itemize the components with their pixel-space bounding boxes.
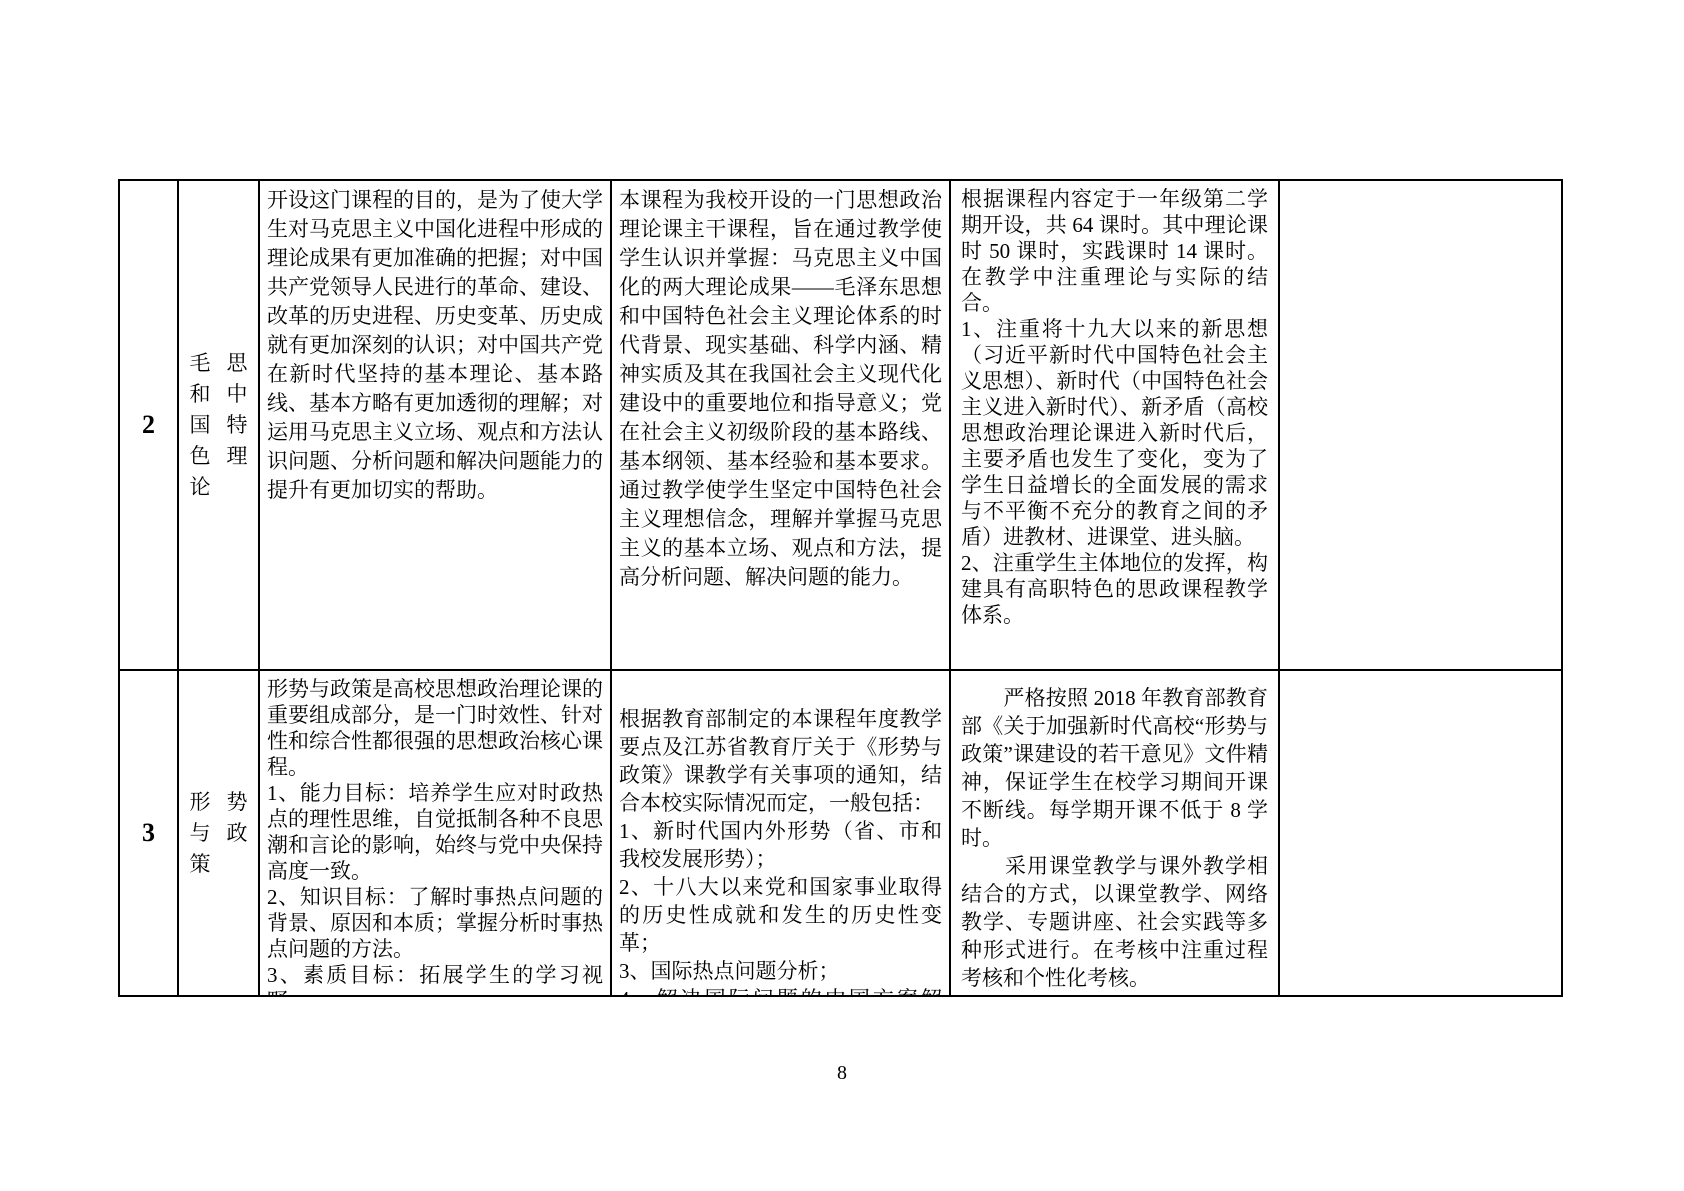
course-table: 2 毛思和中国特色理论 开设这门课程的目的，是为了使大学生对马克思主义中国化进程… bbox=[118, 179, 1563, 997]
remark-cell bbox=[1280, 671, 1561, 995]
remark-cell bbox=[1280, 181, 1561, 671]
teaching-arrangement-cell: 严格按照 2018 年教育部教育部《关于加强新时代高校“形势与政策”课建设的若干… bbox=[951, 671, 1280, 995]
row-number: 3 bbox=[142, 818, 155, 848]
row-number: 2 bbox=[142, 410, 155, 440]
course-purpose-cell: 开设这门课程的目的，是为了使大学生对马克思主义中国化进程中形成的理论成果有更加准… bbox=[260, 181, 612, 671]
course-name: 形势与政策 bbox=[190, 787, 248, 880]
row-number-cell: 2 bbox=[120, 181, 179, 671]
course-name-cell: 形势与政策 bbox=[179, 671, 260, 995]
course-purpose-cell: 形势与政策是高校思想政治理论课的重要组成部分，是一门时效性、针对性和综合性都很强… bbox=[260, 671, 612, 995]
course-name: 毛思和中国特色理论 bbox=[190, 348, 248, 503]
course-description-cell: 根据教育部制定的本课程年度教学要点及江苏省教育厅关于《形势与政策》课教学有关事项… bbox=[612, 671, 951, 995]
document-page: { "page_number": "8", "table": { "rows":… bbox=[0, 0, 1684, 1191]
row-number-cell: 3 bbox=[120, 671, 179, 995]
course-description-cell: 本课程为我校开设的一门思想政治理论课主干课程，旨在通过教学使学生认识并掌握：马克… bbox=[612, 181, 951, 671]
teaching-arrangement-cell: 根据课程内容定于一年级第二学期开设，共 64 课时。其中理论课时 50 课时，实… bbox=[951, 181, 1280, 671]
course-name-cell: 毛思和中国特色理论 bbox=[179, 181, 260, 671]
page-number: 8 bbox=[0, 1062, 1684, 1085]
